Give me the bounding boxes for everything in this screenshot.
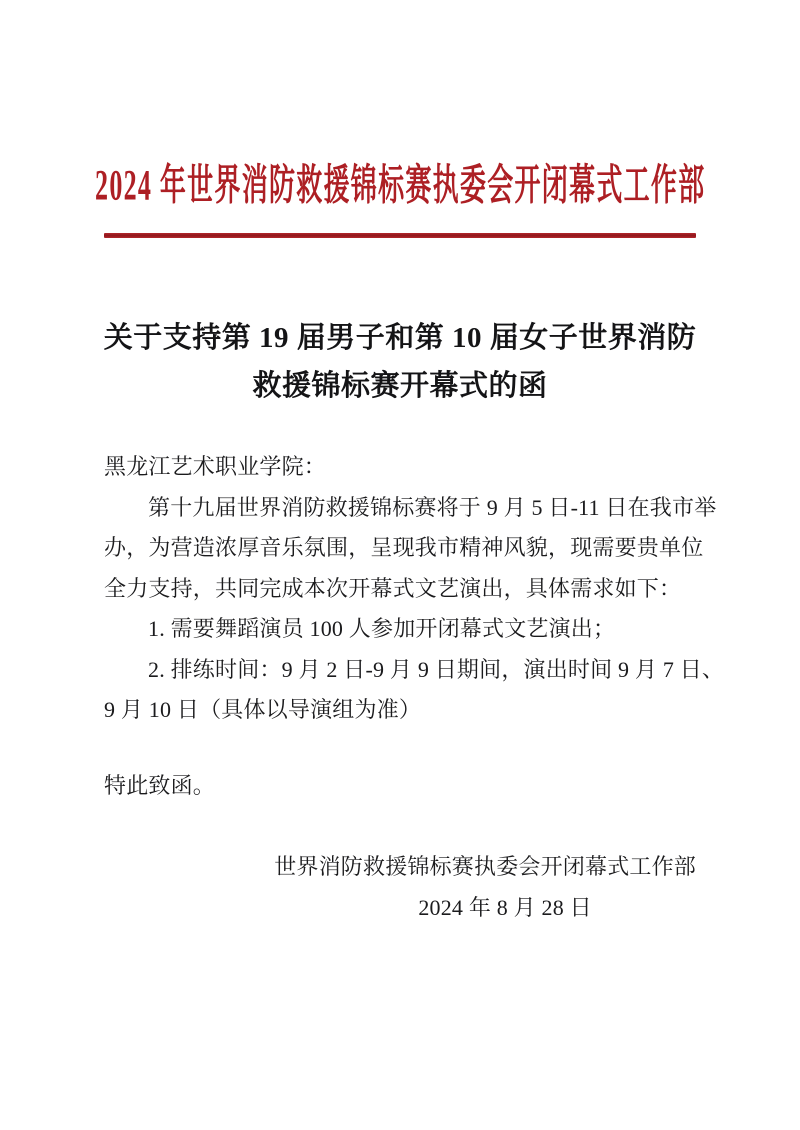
signature-date: 2024 年 8 月 28 日 [294,888,716,929]
official-letter-page: 2024 年世界消防救援锦标赛执委会开闭幕式工作部 关于支持第 19 届男子和第… [0,0,800,1130]
body-line: 第十九届世界消防救援锦标赛将于 9 月 5 日-11 日在我市举 [104,488,696,529]
letter-body: 黑龙江艺术职业学院： 第十九届世界消防救援锦标赛将于 9 月 5 日-11 日在… [0,447,800,928]
letterhead-divider [104,233,696,238]
document-title-line-2: 救援锦标赛开幕式的函 [0,362,800,410]
letterhead: 2024 年世界消防救援锦标赛执委会开闭幕式工作部 [0,163,800,209]
closing-phrase: 特此致函。 [104,766,696,807]
body-line: 全力支持，共同完成本次开幕式文艺演出，具体需求如下： [104,569,696,610]
document-title-line-1: 关于支持第 19 届男子和第 10 届女子世界消防 [0,314,800,362]
letterhead-title: 2024 年世界消防救援锦标赛执委会开闭幕式工作部 [95,163,705,210]
document-title: 关于支持第 19 届男子和第 10 届女子世界消防 救援锦标赛开幕式的函 [0,314,800,410]
signature-block: 世界消防救援锦标赛执委会开闭幕式工作部 2024 年 8 月 28 日 [274,847,696,928]
list-item-2: 2. 排练时间：9 月 2 日-9 月 9 日期间，演出时间 9 月 7 日、 [104,650,696,691]
list-item-1: 1. 需要舞蹈演员 100 人参加开闭幕式文艺演出； [104,609,696,650]
list-item-2-continued: 9 月 10 日（具体以导演组为准） [104,690,696,731]
body-line: 办，为营造浓厚音乐氛围，呈现我市精神风貌，现需要贵单位 [104,528,696,569]
salutation: 黑龙江艺术职业学院： [104,447,696,488]
signature-organization: 世界消防救援锦标赛执委会开闭幕式工作部 [274,847,696,888]
